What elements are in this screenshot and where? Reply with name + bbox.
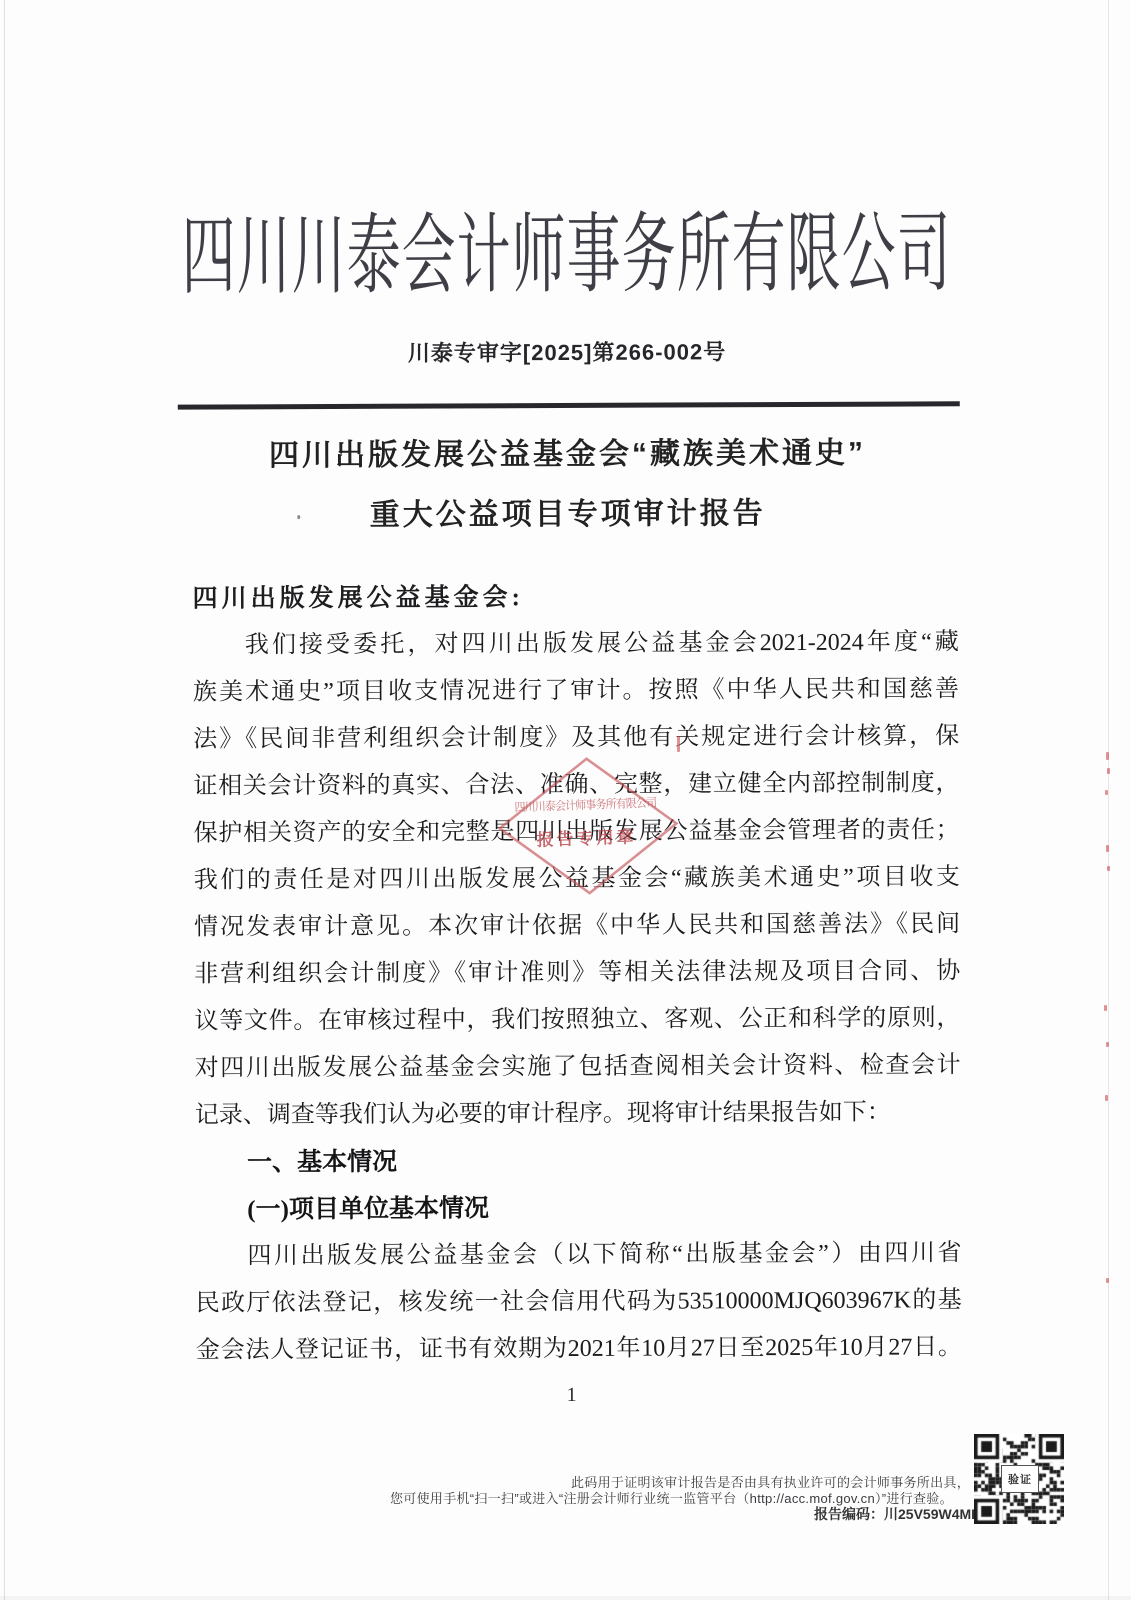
red-ink-artifact (1107, 866, 1110, 871)
body-line: 四川出版发展公益基金会（以下简称“出版基金会”）由四川省 (195, 1230, 961, 1280)
section-heading-1: 一、基本情况 (195, 1136, 961, 1186)
section-heading-1-1: (一)项目单位基本情况 (195, 1183, 961, 1233)
report-title-line-1: 四川出版发展公益基金会“藏族美术通史” (2, 427, 1131, 476)
scan-bottom-shadow (0, 1596, 1131, 1600)
red-ink-artifact (677, 736, 680, 752)
body-line: 议等文件。在审核过程中，我们按照独立、客观、公正和科学的原则， (194, 995, 960, 1045)
body-text-block: 我们接受委托，对四川出版发展公益基金会2021-2024年度“藏族美术通史”项目… (193, 619, 962, 1374)
red-ink-artifact (1104, 1005, 1107, 1011)
footer-report-code: 报告编码：川25V59W4MRB (814, 1504, 991, 1524)
body-line: 族美术通史”项目收支情况进行了审计。按照《中华人民共和国慈善 (193, 666, 959, 716)
red-ink-artifact (1105, 790, 1108, 795)
body-line: 非营利组织会计制度》《审计准则》等相关法律法规及项目合同、协 (194, 948, 960, 998)
red-ink-artifact (1106, 752, 1109, 760)
salutation: 四川出版发展公益基金会: (193, 577, 524, 614)
red-ink-artifact (1107, 768, 1110, 774)
red-ink-artifact (1105, 1095, 1108, 1101)
page-number: 1 (6, 1381, 1131, 1409)
body-line: 记录、调查等我们认为必要的审计程序。现将审计结果报告如下： (195, 1089, 961, 1139)
accounting-firm-name-text: 四川川泰会计师事务所有限公司 (181, 184, 952, 312)
header-divider-rule (178, 401, 960, 409)
verification-qr-code: 验证 (974, 1434, 1064, 1524)
red-ink-artifact (1106, 845, 1109, 852)
document-reference-number: 川泰专审字[2025]第266-002号 (1, 334, 1131, 370)
red-seal-stamp: 四川川泰会计师事务所有限公司 报告专用章 (485, 745, 686, 904)
red-ink-artifact (1106, 1278, 1109, 1283)
paragraph-2: 四川出版发展公益基金会（以下简称“出版基金会”）由四川省民政厅依法登记，核发统一… (195, 1230, 962, 1374)
scan-speck (297, 515, 300, 519)
red-ink-artifact (1106, 1042, 1109, 1047)
paper-right-edge-line (1108, 0, 1109, 1600)
accounting-firm-name: 四川川泰会计师事务所有限公司 (1, 210, 1131, 292)
scan-left-edge-line (4, 0, 5, 1600)
report-title-line-2: 重大公益项目专项审计报告 (2, 487, 1131, 536)
body-line: 情况发表审计意见。本次审计依据《中华人民共和国慈善法》《民间 (194, 901, 960, 951)
scanned-audit-report-page: 四川川泰会计师事务所有限公司 川泰专审字[2025]第266-002号 四川出版… (0, 0, 1131, 1600)
body-line: 对四川出版发展公益基金会实施了包括查阅相关会计资料、检查会计 (195, 1042, 961, 1092)
body-line: 民政厅依法登记，核发统一社会信用代码为53510000MJQ603967K的基 (196, 1277, 962, 1327)
qr-center-label: 验证 (1001, 1465, 1039, 1493)
body-line: 我们接受委托，对四川出版发展公益基金会2021-2024年度“藏 (193, 619, 959, 669)
body-line: 金会法人登记证书，证书有效期为2021年10月27日至2025年10月27日。 (196, 1324, 962, 1374)
